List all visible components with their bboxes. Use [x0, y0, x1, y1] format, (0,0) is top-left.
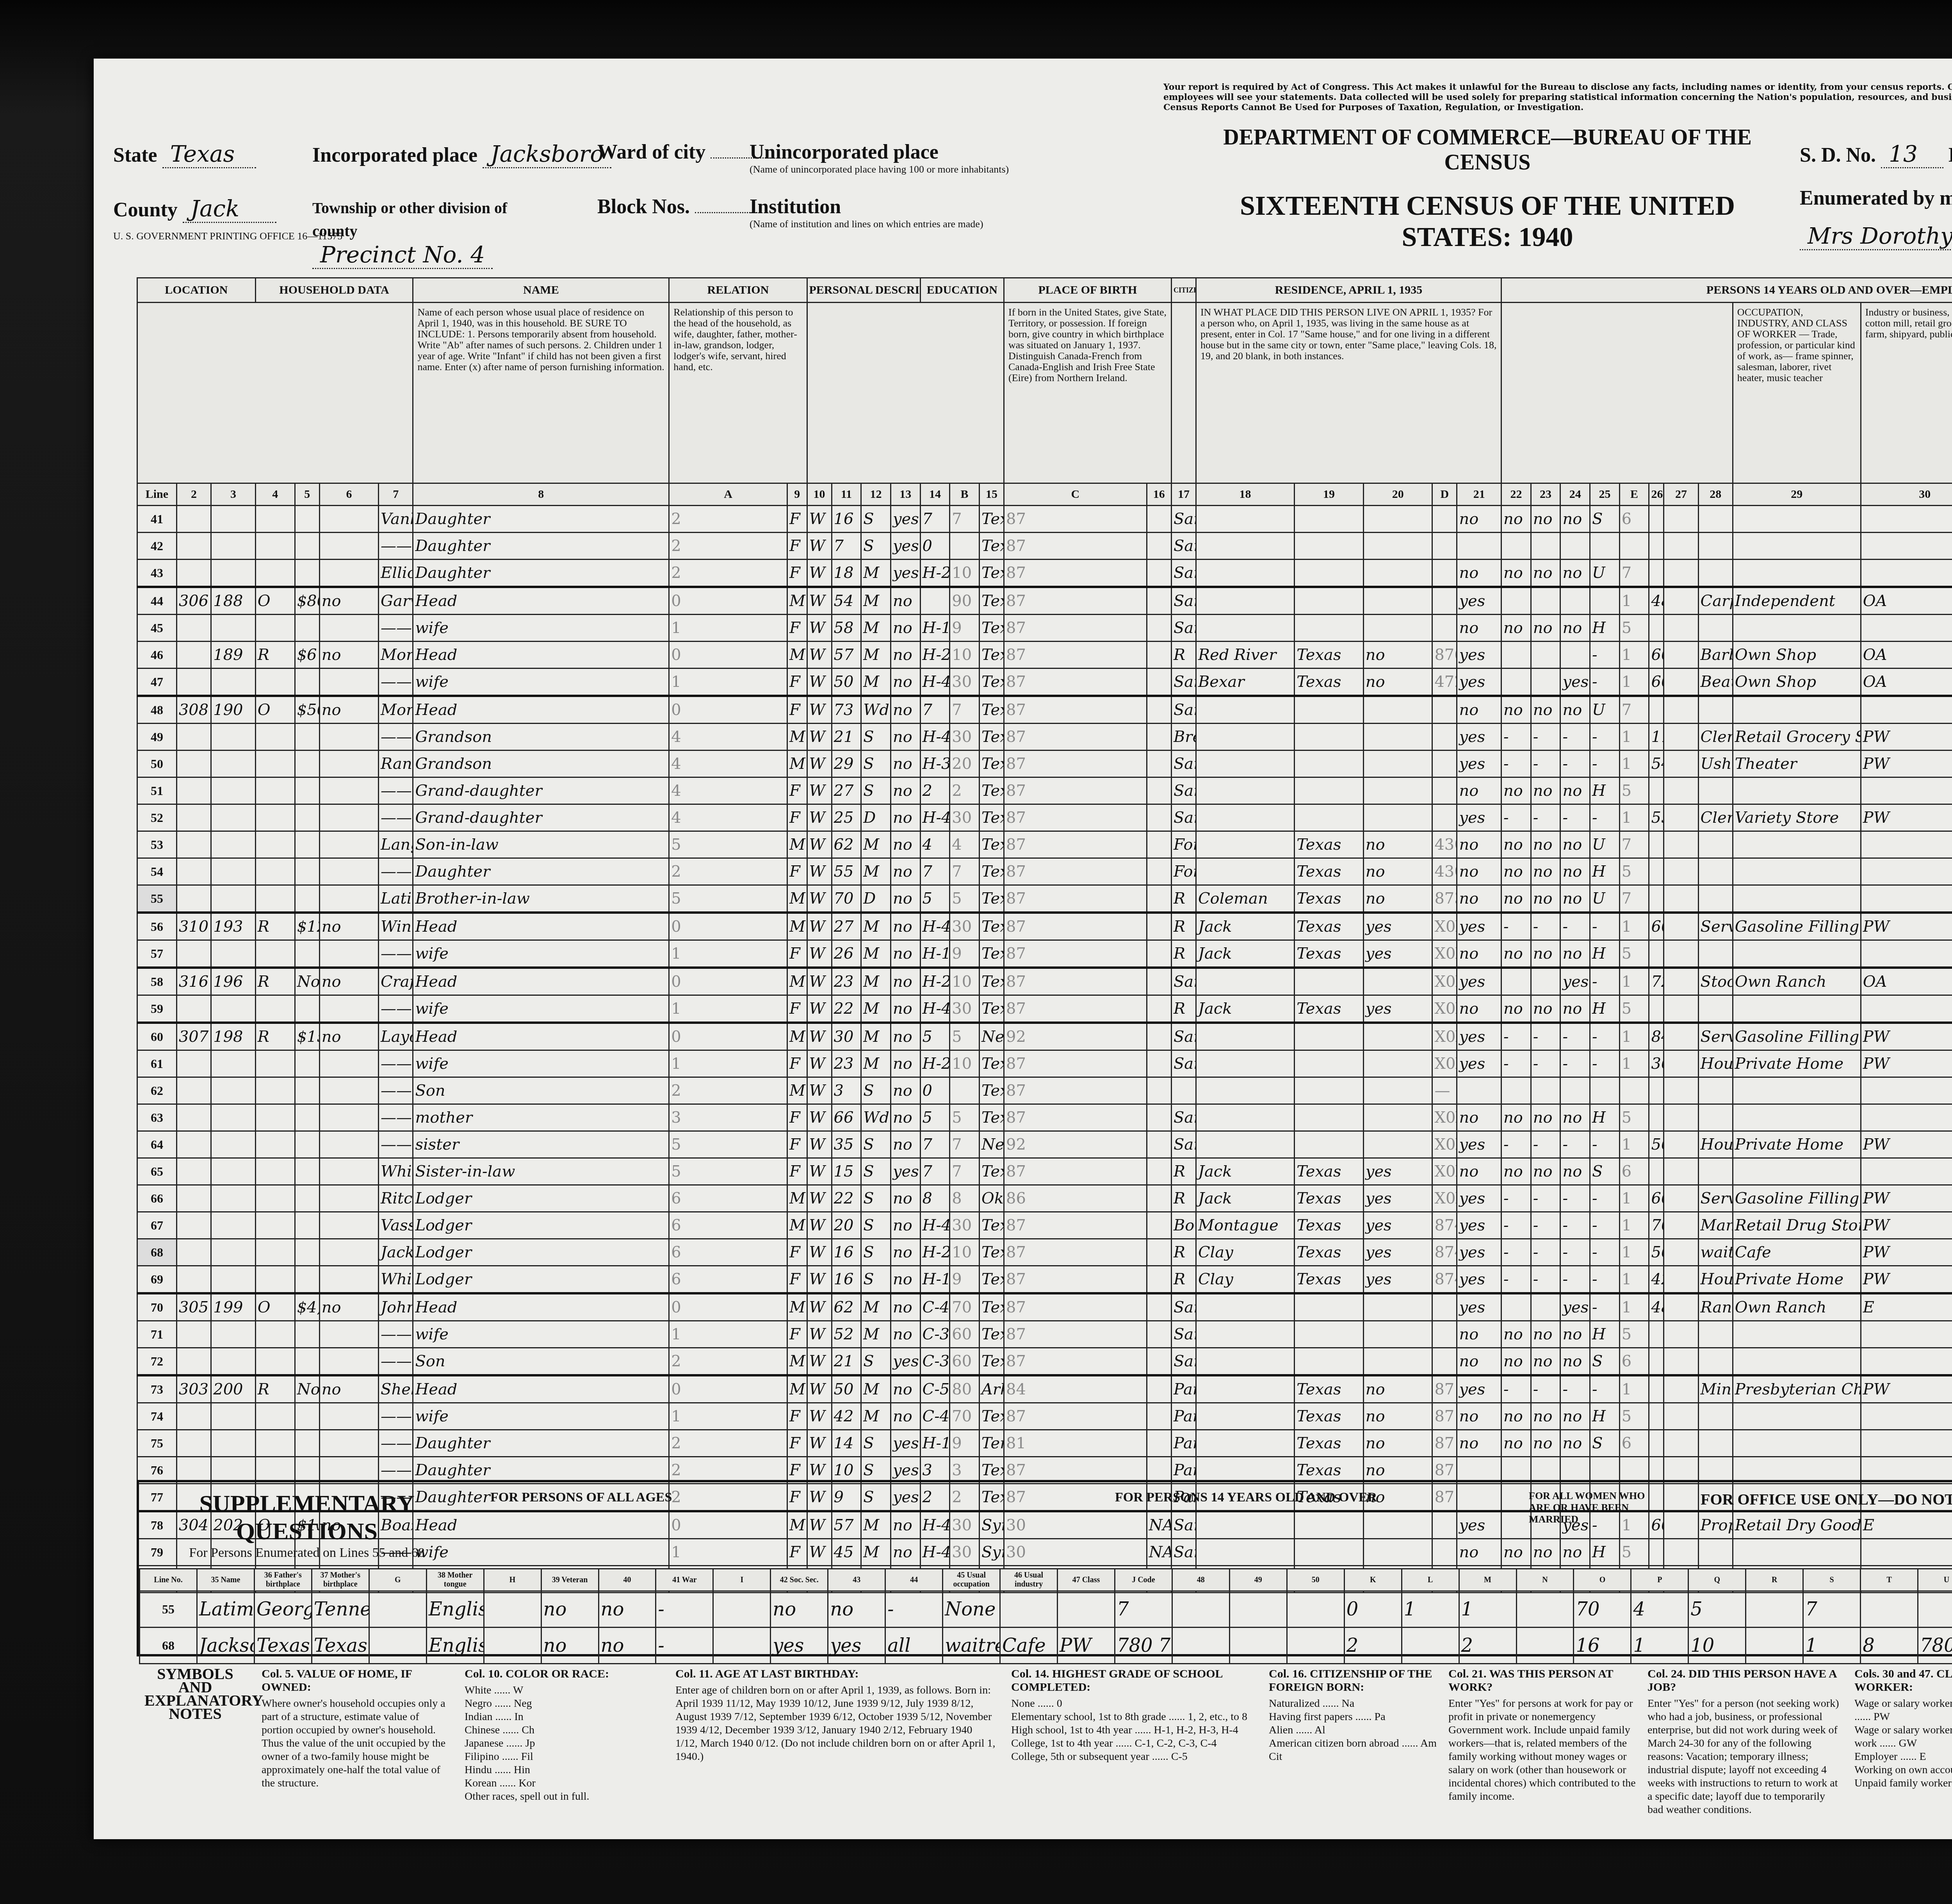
note-item: None ...... 0: [1011, 1697, 1253, 1710]
cell-st: Texas: [1295, 1185, 1364, 1212]
column-number: 27: [1664, 483, 1698, 506]
cell-c23: [1531, 968, 1560, 995]
incorporated-place-field: Incorporated place Jacksboro: [312, 141, 611, 168]
cell-age: 22: [832, 995, 861, 1023]
cell-rf: no: [1363, 831, 1432, 858]
note-item: Filipino ...... Fil: [465, 1750, 660, 1763]
cell-d: 8744: [1432, 1212, 1457, 1239]
cell-st: [1295, 533, 1364, 560]
cell-c25: U: [1590, 885, 1620, 913]
cell-c22: [1501, 1293, 1531, 1321]
cell-hrs: 11: [1649, 724, 1664, 751]
cell-own: [255, 1266, 295, 1294]
cell-cls: PW: [1861, 1131, 1952, 1158]
cell-hh: [211, 615, 256, 642]
cell-bp: Texas: [979, 1293, 1004, 1321]
cell-c25: -: [1590, 1266, 1620, 1294]
supp-column: 35 Name: [197, 1569, 254, 1591]
cell-own: R: [255, 913, 295, 940]
cell-e: [1619, 533, 1649, 560]
cell-bp: Texas: [979, 1050, 1004, 1077]
cell-hrs: 54: [1649, 751, 1664, 777]
cell-gr: 7: [920, 1131, 950, 1158]
supp-cell-mother: Tennessee: [312, 1591, 369, 1628]
supp-column: 41 War: [656, 1569, 713, 1591]
cell-house: [176, 858, 211, 885]
cell-rf: [1363, 1321, 1432, 1348]
cell-c21: no: [1457, 1158, 1501, 1185]
supp-cell-c43: no: [828, 1591, 885, 1628]
cell-c22: no: [1501, 560, 1531, 587]
cell-e: 1: [1619, 804, 1649, 831]
cell-house: [176, 1158, 211, 1185]
cell-name: ——, James L.: [379, 1348, 413, 1376]
cell-value: [295, 1050, 319, 1077]
table-row: 59——, Evelyn (x)wife1FW22MnoH-430Texas87…: [137, 995, 1952, 1023]
cell-mar: M: [861, 995, 891, 1023]
cell-sex: F: [787, 1239, 807, 1266]
cell-c23: [1531, 587, 1560, 615]
cell-st: [1295, 1321, 1364, 1348]
cell-rel: wife: [413, 995, 669, 1023]
cell-c21: no: [1457, 615, 1501, 642]
cell-res: Same House: [1171, 1293, 1196, 1321]
cell-rf: [1363, 1348, 1432, 1376]
cell-cls: [1861, 1077, 1952, 1104]
printing-office: U. S. GOVERNMENT PRINTING OFFICE 16—1157…: [113, 230, 342, 242]
cell-farm: [319, 1185, 378, 1212]
cell-res: R: [1171, 642, 1196, 669]
column-number: E: [1619, 483, 1649, 506]
enumerator-name: Mrs Dorothy E. Ham: [1800, 223, 1952, 250]
note-item: Employer ...... E: [1854, 1750, 1952, 1763]
cell-own: [255, 751, 295, 777]
note-col21: Col. 21. WAS THIS PERSON AT WORK? Enter …: [1448, 1667, 1636, 1803]
cell-e: 5: [1619, 1321, 1649, 1348]
cell-rel: Head: [413, 1293, 669, 1321]
cell-c: 87: [1004, 615, 1147, 642]
cell-a: 0: [669, 1375, 787, 1403]
cell-c25: H: [1590, 1403, 1620, 1430]
cell-b: 2: [950, 777, 980, 804]
cell-hh: 196: [211, 968, 256, 995]
table-row: 69Whitsitt, VelmaLodger6FW16SnoH-19Texas…: [137, 1266, 1952, 1294]
cell-cls: OA: [1861, 968, 1952, 995]
cell-name: Morton, Roy (x): [379, 642, 413, 669]
cell-cls: [1861, 1321, 1952, 1348]
cell-farm: [319, 1158, 378, 1185]
cell-hrs: [1649, 615, 1664, 642]
cell-e: 5: [1619, 615, 1649, 642]
cell-rel: Lodger: [413, 1239, 669, 1266]
cell-ind: [1733, 560, 1861, 587]
cell-c27: [1664, 804, 1698, 831]
note-col24: Col. 24. DID THIS PERSON HAVE A JOB? Ent…: [1647, 1667, 1843, 1817]
cell-d: —: [1432, 1077, 1457, 1104]
county-field: County Jack: [113, 195, 276, 223]
table-row: 73303200RNonenoShell, L. BurneyHead0MW50…: [137, 1375, 1952, 1403]
cell-e: 1: [1619, 1375, 1649, 1403]
cell-a: 2: [669, 560, 787, 587]
supp-column: Line No.: [140, 1569, 197, 1591]
cell-c27: [1664, 1077, 1698, 1104]
column-number: A: [669, 483, 787, 506]
cell-sex: M: [787, 1293, 807, 1321]
cell-house: [176, 506, 211, 533]
cell-res: Same House: [1171, 1321, 1196, 1348]
column-number: Line: [137, 483, 177, 506]
cell-c23: no: [1531, 560, 1560, 587]
column-number: 6: [319, 483, 378, 506]
supplementary-row: 55Latimer, George MiltonGeorgiaTennessee…: [140, 1591, 1952, 1628]
supp-cell-u: [1918, 1591, 1952, 1628]
cell-house: 305: [176, 1293, 211, 1321]
cell-line: 43: [137, 560, 177, 587]
table-row: 56310193R$12noWinn, Wade J.Head0MW27MnoH…: [137, 913, 1952, 940]
cell-rel: sister: [413, 1131, 669, 1158]
cell-c21: no: [1457, 1348, 1501, 1376]
cell-c25: H: [1590, 1321, 1620, 1348]
column-number: 2: [176, 483, 211, 506]
supp-column: O: [1574, 1569, 1631, 1591]
cell-b: 5: [950, 885, 980, 913]
cell-age: 27: [832, 777, 861, 804]
cell-cls: [1861, 1158, 1952, 1185]
cell-c27: [1664, 1023, 1698, 1050]
cell-e: 1: [1619, 587, 1649, 615]
cell-ind: [1733, 533, 1861, 560]
cell-occ: Housekeeper: [1698, 1131, 1733, 1158]
cell-c27: [1664, 1050, 1698, 1077]
cell-occ: [1698, 940, 1733, 968]
note-col30: Cols. 30 and 47. CLASS OF WORKER: Wage o…: [1854, 1667, 1952, 1790]
confidentiality-notice: Your report is required by Act of Congre…: [1163, 82, 1952, 112]
supp-column: 39 Veteran: [541, 1569, 598, 1591]
cell-sch: no: [891, 1266, 920, 1294]
cell-c22: -: [1501, 1239, 1531, 1266]
cell-name: Laycock, John C.: [379, 1023, 413, 1050]
cell-bp: Texas: [979, 560, 1004, 587]
cell-race: W: [807, 1348, 832, 1376]
cell-house: [176, 724, 211, 751]
cell-farm: [319, 940, 378, 968]
cell-name: ——, Blain: [379, 724, 413, 751]
column-number: 12: [861, 483, 891, 506]
cell-c21: yes: [1457, 1050, 1501, 1077]
cell-ind: [1733, 1158, 1861, 1185]
cell-occ: [1698, 777, 1733, 804]
cell-gr: 8: [920, 1185, 950, 1212]
column-number: 10: [807, 483, 832, 506]
table-row: 70305199O$4,000noJohnson, LewisHead0MW62…: [137, 1293, 1952, 1321]
cell-a: 3: [669, 1104, 787, 1131]
cell-res: [1171, 1077, 1196, 1104]
cell-cit: [1147, 724, 1171, 751]
cell-race: W: [807, 1023, 832, 1050]
cell-d: 8731: [1432, 885, 1457, 913]
cell-c21: no: [1457, 995, 1501, 1023]
cell-ind: Theater: [1733, 751, 1861, 777]
cell-st: Texas: [1295, 913, 1364, 940]
cell-cit: [1147, 615, 1171, 642]
cell-sch: no: [891, 724, 920, 751]
cell-c: 87: [1004, 506, 1147, 533]
group-birthplace: PLACE OF BIRTH: [1004, 278, 1172, 303]
cell-b: 7: [950, 1131, 980, 1158]
cell-age: 16: [832, 1266, 861, 1294]
cell-sex: F: [787, 804, 807, 831]
cell-line: 73: [137, 1375, 177, 1403]
cell-res: Same Place: [1171, 1131, 1196, 1158]
cell-value: [295, 506, 319, 533]
cell-mar: S: [861, 1212, 891, 1239]
supp-column: H: [484, 1569, 541, 1591]
cell-occ: Minister: [1698, 1375, 1733, 1403]
supp-cell-i: [713, 1591, 771, 1628]
cell-c: 87: [1004, 1050, 1147, 1077]
cell-name: Craft, Billie: [379, 968, 413, 995]
cell-ind: Presbyterian Church: [1733, 1375, 1861, 1403]
cell-d: X0X2: [1432, 1185, 1457, 1212]
cell-res: Same House: [1171, 615, 1196, 642]
note-item: Elementary school, 1st to 8th grade ....…: [1011, 1710, 1253, 1724]
cell-e: 1: [1619, 1266, 1649, 1294]
cell-c22: -: [1501, 1023, 1531, 1050]
cell-c27: [1664, 560, 1698, 587]
cell-d: [1432, 533, 1457, 560]
cell-sch: yes: [891, 1158, 920, 1185]
cell-hrs: [1649, 1321, 1664, 1348]
supp-cell-tongue: English: [426, 1628, 484, 1664]
cell-hrs: 48: [1649, 587, 1664, 615]
cell-age: 23: [832, 968, 861, 995]
cell-own: [255, 777, 295, 804]
cell-line: 75: [137, 1430, 177, 1457]
cell-race: W: [807, 831, 832, 858]
cell-sex: F: [787, 1158, 807, 1185]
cell-race: W: [807, 1293, 832, 1321]
column-number: 18: [1196, 483, 1294, 506]
cell-d: X0X0: [1432, 1050, 1457, 1077]
cell-own: [255, 1050, 295, 1077]
cell-hh: [211, 1158, 256, 1185]
cell-sex: F: [787, 1266, 807, 1294]
cell-c23: no: [1531, 940, 1560, 968]
cell-c25: S: [1590, 1430, 1620, 1457]
supp-column: 43: [828, 1569, 885, 1591]
cell-c23: -: [1531, 1050, 1560, 1077]
cell-hrs: 48: [1649, 1293, 1664, 1321]
cell-co: [1196, 1104, 1294, 1131]
cell-occ: Housekeeper: [1698, 1266, 1733, 1294]
cell-ind: Private Home: [1733, 1131, 1861, 1158]
cell-value: $6: [295, 642, 319, 669]
cell-res: Same House: [1171, 696, 1196, 724]
cell-cit: [1147, 968, 1171, 995]
cell-b: 9: [950, 1430, 980, 1457]
cell-co: [1196, 560, 1294, 587]
cell-a: 0: [669, 1293, 787, 1321]
cell-e: 1: [1619, 913, 1649, 940]
cell-cit: [1147, 1266, 1171, 1294]
cell-race: W: [807, 913, 832, 940]
cell-c24: -: [1560, 724, 1590, 751]
cell-gr: H-2: [920, 1050, 950, 1077]
cell-cit: [1147, 831, 1171, 858]
note-item: High school, 1st to 4th year ...... H-1,…: [1011, 1724, 1253, 1737]
cell-name: Latimer, George Milton: [379, 885, 413, 913]
cell-rel: Head: [413, 1375, 669, 1403]
cell-c21: no: [1457, 1430, 1501, 1457]
cell-value: $15: [295, 1023, 319, 1050]
cell-gr: H-2: [920, 1239, 950, 1266]
cell-cit: [1147, 1104, 1171, 1131]
cell-cit: [1147, 1023, 1171, 1050]
cell-line: 48: [137, 696, 177, 724]
cell-mar: S: [861, 533, 891, 560]
cell-e: 7: [1619, 560, 1649, 587]
cell-ind: Own Shop: [1733, 642, 1861, 669]
cell-ind: [1733, 940, 1861, 968]
cell-c22: -: [1501, 1185, 1531, 1212]
cell-c23: -: [1531, 1212, 1560, 1239]
column-number: 3: [211, 483, 256, 506]
cell-c23: [1531, 642, 1560, 669]
cell-res: Same House: [1171, 533, 1196, 560]
cell-race: W: [807, 995, 832, 1023]
cell-house: [176, 1077, 211, 1104]
cell-c27: [1664, 506, 1698, 533]
cell-cit: [1147, 1077, 1171, 1104]
cell-mar: S: [861, 1348, 891, 1376]
cell-c27: [1664, 1293, 1698, 1321]
cell-line: 42: [137, 533, 177, 560]
cell-sex: M: [787, 1185, 807, 1212]
supp-column: S: [1803, 1569, 1861, 1591]
cell-a: 1: [669, 1050, 787, 1077]
cell-house: 316: [176, 968, 211, 995]
cell-occ: Ranchman: [1698, 1293, 1733, 1321]
cell-name: Whitsitt, Velma: [379, 1266, 413, 1294]
cell-name: ——, Frances (x): [379, 1403, 413, 1430]
cell-e: 1: [1619, 724, 1649, 751]
supp-cell-line: 55: [140, 1591, 197, 1628]
cell-race: W: [807, 533, 832, 560]
cell-c: 87: [1004, 642, 1147, 669]
cell-farm: [319, 1348, 378, 1376]
cell-gr: [920, 587, 950, 615]
supp-cell-t: [1861, 1591, 1918, 1628]
cell-mar: M: [861, 615, 891, 642]
cell-own: R: [255, 1023, 295, 1050]
cell-c24: no: [1560, 1430, 1590, 1457]
cell-c22: no: [1501, 506, 1531, 533]
cell-age: 20: [832, 1212, 861, 1239]
cell-own: [255, 831, 295, 858]
supp-cell-g: [369, 1628, 426, 1664]
cell-gr: H-2: [920, 560, 950, 587]
cell-age: 58: [832, 615, 861, 642]
cell-farm: [319, 1239, 378, 1266]
cell-st: [1295, 1077, 1364, 1104]
cell-c25: H: [1590, 940, 1620, 968]
cell-occ: [1698, 885, 1733, 913]
cell-c22: -: [1501, 1375, 1531, 1403]
cell-mar: M: [861, 642, 891, 669]
cell-ind: [1733, 777, 1861, 804]
cell-name: ——, Oliva (x): [379, 615, 413, 642]
cell-c23: no: [1531, 1348, 1560, 1376]
cell-c21: yes: [1457, 804, 1501, 831]
cell-res: R: [1171, 913, 1196, 940]
cell-co: [1196, 587, 1294, 615]
cell-c24: no: [1560, 1403, 1590, 1430]
cell-ind: [1733, 885, 1861, 913]
supp-column: 36 Father's birthplace: [254, 1569, 312, 1591]
cell-sch: no: [891, 642, 920, 669]
cell-sex: F: [787, 669, 807, 696]
cell-c: 92: [1004, 1023, 1147, 1050]
cell-rel: Brother-in-law: [413, 885, 669, 913]
cell-race: W: [807, 804, 832, 831]
cell-c24: -: [1560, 1185, 1590, 1212]
cell-sch: no: [891, 777, 920, 804]
cell-race: W: [807, 615, 832, 642]
cell-c25: H: [1590, 615, 1620, 642]
cell-st: [1295, 751, 1364, 777]
cell-c21: yes: [1457, 1293, 1501, 1321]
cell-c25: -: [1590, 1023, 1620, 1050]
incorporated-place-value: Jacksboro: [483, 141, 611, 168]
cell-own: [255, 506, 295, 533]
cell-cit: [1147, 1158, 1171, 1185]
cell-c: 87: [1004, 560, 1147, 587]
cell-cit: [1147, 995, 1171, 1023]
cell-c22: no: [1501, 1430, 1531, 1457]
cell-sch: no: [891, 885, 920, 913]
industry-instructions: Industry or business, as— cotton mill, r…: [1861, 303, 1952, 483]
cell-farm: [319, 724, 378, 751]
cell-c: 87: [1004, 696, 1147, 724]
cell-house: [176, 804, 211, 831]
cell-b: [950, 533, 980, 560]
supplementary-title: SUPPLEMENTARY QUESTIONS: [147, 1490, 467, 1546]
cell-c27: [1664, 751, 1698, 777]
cell-line: 59: [137, 995, 177, 1023]
name-instructions: Name of each person whose usual place of…: [413, 303, 669, 483]
cell-race: W: [807, 1321, 832, 1348]
cell-bp: Texas: [979, 913, 1004, 940]
group-location: LOCATION: [137, 278, 256, 303]
cell-name: ——, Bernice: [379, 1131, 413, 1158]
cell-rf: no: [1363, 642, 1432, 669]
cell-sex: M: [787, 1348, 807, 1376]
cell-c24: no: [1560, 777, 1590, 804]
cell-cit: [1147, 533, 1171, 560]
cell-house: [176, 1050, 211, 1077]
cell-c25: -: [1590, 642, 1620, 669]
cell-rel: wife: [413, 1050, 669, 1077]
cell-age: 21: [832, 724, 861, 751]
cell-bp: Texas: [979, 1104, 1004, 1131]
cell-d: X0X2: [1432, 1158, 1457, 1185]
cell-hh: [211, 777, 256, 804]
cell-own: R: [255, 968, 295, 995]
cell-bp: Texas: [979, 533, 1004, 560]
cell-c27: [1664, 1158, 1698, 1185]
cell-hh: [211, 1348, 256, 1376]
cell-c25: -: [1590, 1131, 1620, 1158]
